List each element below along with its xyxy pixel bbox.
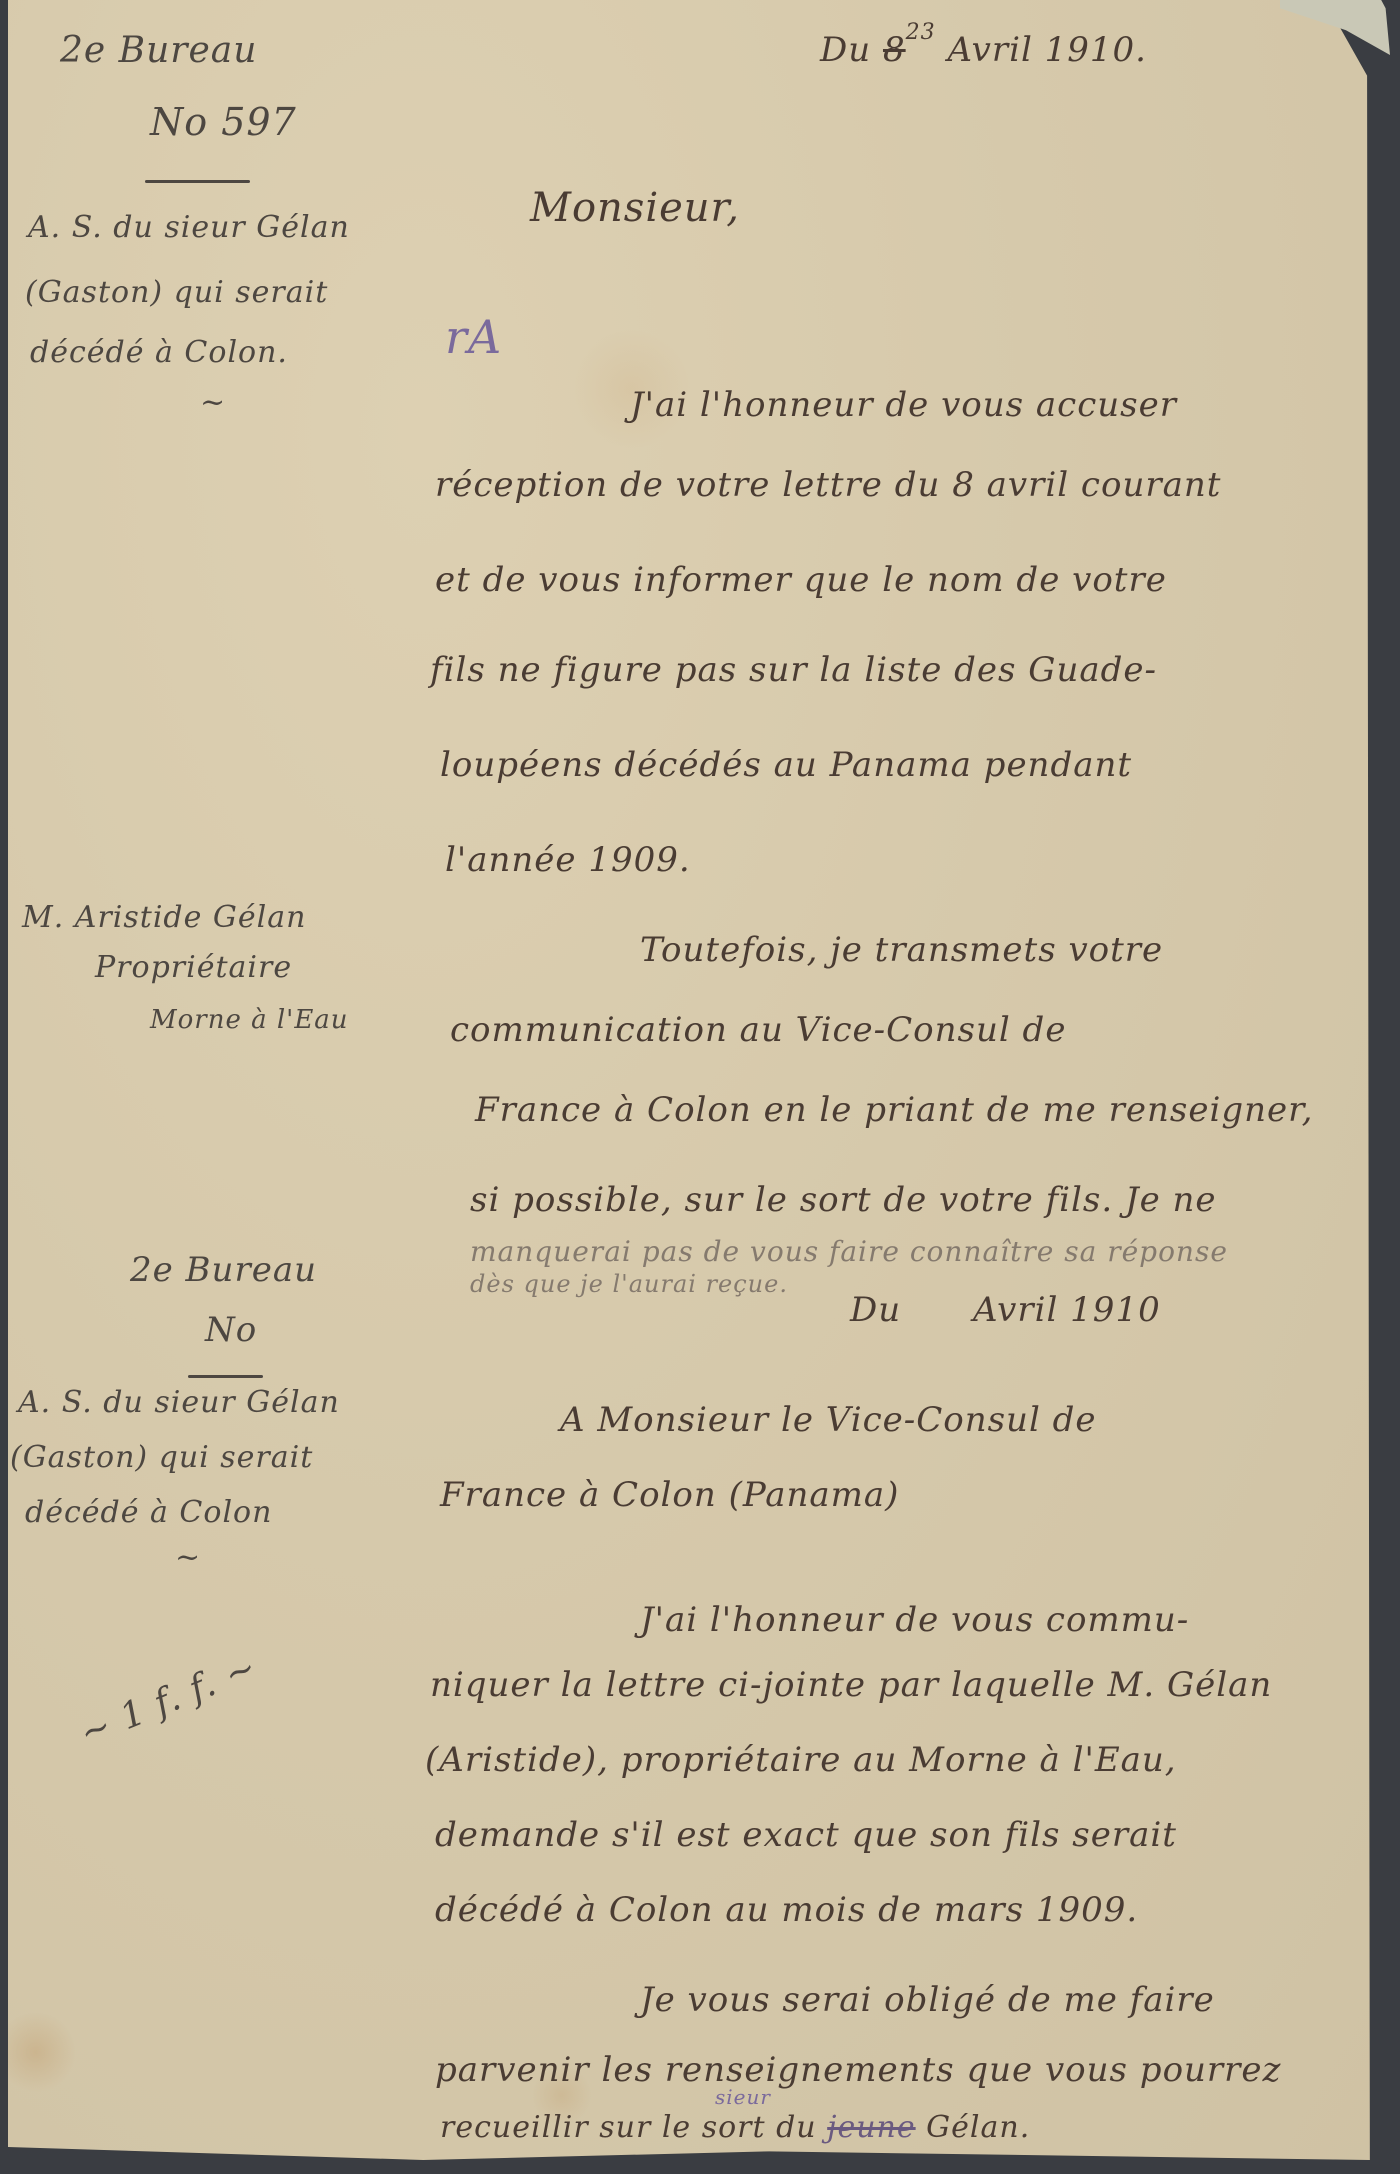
subject-line-1: A. S. du sieur Gélan [28, 210, 350, 245]
recipient-line: France à Colon (Panama) [440, 1475, 899, 1515]
final-line-text: recueillir sur le sort du [440, 2110, 817, 2145]
letter1-line: fils ne figure pas sur la liste des Guad… [430, 650, 1157, 690]
date-prefix: Du [850, 1290, 901, 1330]
date-month-year: Avril 1910 [973, 1290, 1161, 1330]
salutation: Monsieur, [530, 185, 740, 231]
subject-line-2: (Gaston) qui serait [25, 275, 328, 310]
letter1-line: réception de votre lettre du 8 avril cou… [435, 465, 1221, 505]
date-month-year: Avril 1910. [947, 30, 1147, 70]
subject-line-2-2: (Gaston) qui serait [10, 1440, 313, 1475]
addressee-name: M. Aristide Gélan [22, 900, 306, 935]
struck-day: 8 [883, 30, 906, 70]
subject-line-2-3: décédé à Colon [25, 1495, 272, 1530]
flourish-mark: ~ [200, 385, 226, 420]
bureau-label: 2e Bureau [60, 30, 257, 71]
letter1-line: l'année 1909. [445, 840, 691, 880]
letter2-line: décédé à Colon au mois de mars 1909. [435, 1890, 1138, 1930]
number-underline [145, 180, 250, 183]
letter2-final-line: recueillir sur le sort du jeune Gélan. [440, 2110, 1030, 2145]
letter1-line: loupéens décédés au Panama pendant [440, 745, 1132, 785]
closing-name: Gélan. [926, 2110, 1030, 2145]
letter2-line: parvenir les renseignements que vous pou… [435, 2050, 1281, 2090]
subject-line-3: décédé à Colon. [30, 335, 288, 370]
letter1-line: Toutefois, je transmets votre [640, 930, 1163, 970]
struck-word: jeune [827, 2110, 915, 2145]
letter2-line: niquer la lettre ci-jointe par laquelle … [430, 1665, 1272, 1705]
addressee-place: Morne à l'Eau [150, 1005, 349, 1035]
letter1-line: J'ai l'honneur de vous accuser [630, 385, 1177, 425]
violet-annotation: rA [445, 310, 502, 364]
letter2-line: demande s'il est exact que son fils sera… [435, 1815, 1177, 1855]
letter1-faint-line: dès que je l'aurai reçue. [470, 1270, 788, 1298]
flourish-mark-2: ~ [175, 1540, 201, 1575]
letter1-date: Du 823 Avril 1910. [820, 30, 1147, 70]
recipient-line: A Monsieur le Vice-Consul de [560, 1400, 1097, 1440]
file-number: No 597 [150, 100, 297, 144]
date-prefix: Du [820, 30, 871, 70]
letter1-line: France à Colon en le priant de me rensei… [475, 1090, 1313, 1130]
addressee-title: Propriétaire [95, 950, 292, 985]
inserted-word: sieur [715, 2085, 771, 2109]
letter2-line: Je vous serai obligé de me faire [640, 1980, 1215, 2020]
letter1-faint-line: manquerai pas de vous faire connaître sa… [470, 1235, 1228, 1268]
letter1-line: si possible, sur le sort de votre fils. … [470, 1180, 1217, 1220]
bureau-label-2: 2e Bureau [130, 1250, 317, 1290]
letter1-line: communication au Vice-Consul de [450, 1010, 1066, 1050]
subject-line-2-1: A. S. du sieur Gélan [18, 1385, 340, 1420]
letter2-line: (Aristide), propriétaire au Morne à l'Ea… [425, 1740, 1177, 1780]
letter2-line: J'ai l'honneur de vous commu- [640, 1600, 1189, 1640]
corrected-day: 23 [906, 20, 936, 45]
letter2-date: Du Avril 1910 [850, 1290, 1161, 1330]
file-number-2: No [205, 1310, 257, 1350]
number-underline-2 [188, 1375, 263, 1378]
letter1-line: et de vous informer que le nom de votre [435, 560, 1167, 600]
